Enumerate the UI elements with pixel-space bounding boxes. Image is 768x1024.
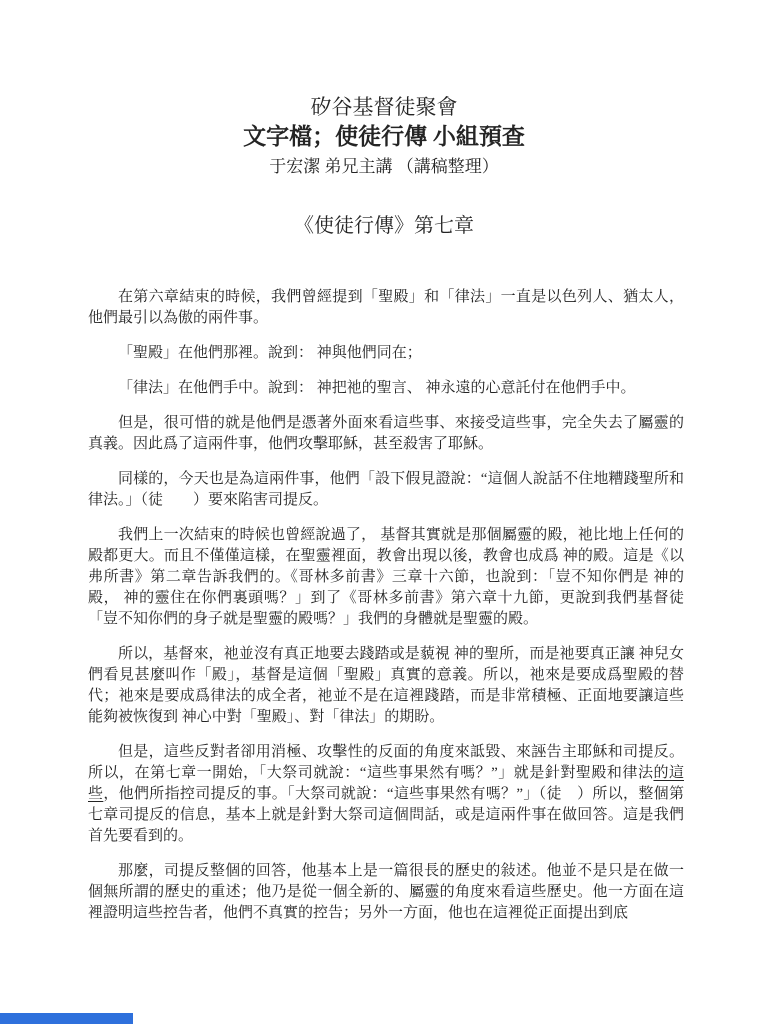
- paragraph-2: 「聖殿」在他們那裡。說到： 神與他們同在；: [88, 343, 684, 364]
- paragraph-4: 但是，很可惜的就是他們是憑著外面來看這些事、來接受這些事，完全失去了屬靈的真義。…: [88, 413, 684, 455]
- paragraph-9: 那麼，司提反整個的回答，他基本上是一篇很長的歷史的敍述。他並不是只是在做一個無所…: [88, 861, 684, 924]
- paragraph-3: 「律法」在他們手中。說到： 神把祂的聖言、 神永遠的心意託付在他們手中。: [88, 378, 684, 399]
- speaker-byline: 于宏潔 弟兄主講 （講稿整理）: [0, 155, 768, 179]
- paragraph-8-text: 但是，這些反對者卻用消極、攻擊性的反面的角度來詆毀、來誣告主耶穌和司提反。所以，…: [88, 744, 684, 781]
- paragraph-6: 我們上一次結束的時候也曾經說過了， 基督其實就是那個屬靈的殿，祂比地上任何的殿都…: [88, 525, 684, 630]
- document-page: 矽谷基督徒聚會 文字檔；使徒行傳 小組預查 于宏潔 弟兄主講 （講稿整理） 《使…: [0, 0, 768, 1024]
- document-title: 文字檔；使徒行傳 小組預查: [0, 122, 768, 152]
- paragraph-1: 在第六章結束的時候，我們曾經提到「聖殿」和「律法」一直是以色列人、猶太人，他們最…: [88, 287, 684, 329]
- chapter-heading: 《使徒行傳》第七章: [0, 213, 768, 239]
- document-header: 矽谷基督徒聚會 文字檔；使徒行傳 小組預查 于宏潔 弟兄主講 （講稿整理） 《使…: [0, 0, 768, 239]
- paragraph-8: 但是，這些反對者卻用消極、攻擊性的反面的角度來詆毀、來誣告主耶穌和司提反。所以，…: [88, 742, 684, 847]
- paragraph-5: 同樣的，今天也是為這兩件事，他們「設下假見證說：“這個人說話不住地糟踐聖所和律法…: [88, 469, 684, 511]
- bottom-progress-bar: [0, 1013, 133, 1024]
- document-body: 在第六章結束的時候，我們曾經提到「聖殿」和「律法」一直是以色列人、猶太人，他們最…: [88, 287, 684, 924]
- paragraph-7: 所以，基督來，祂並沒有真正地要去踐踏或是藐視 神的聖所，而是祂要真正讓 神兒女們…: [88, 644, 684, 728]
- org-title: 矽谷基督徒聚會: [0, 94, 768, 121]
- paragraph-8-text: ，他們所指控司提反的事。「大祭司就說：“這些事果然有嗎？”」（徒 ）所以，整個第…: [88, 786, 684, 844]
